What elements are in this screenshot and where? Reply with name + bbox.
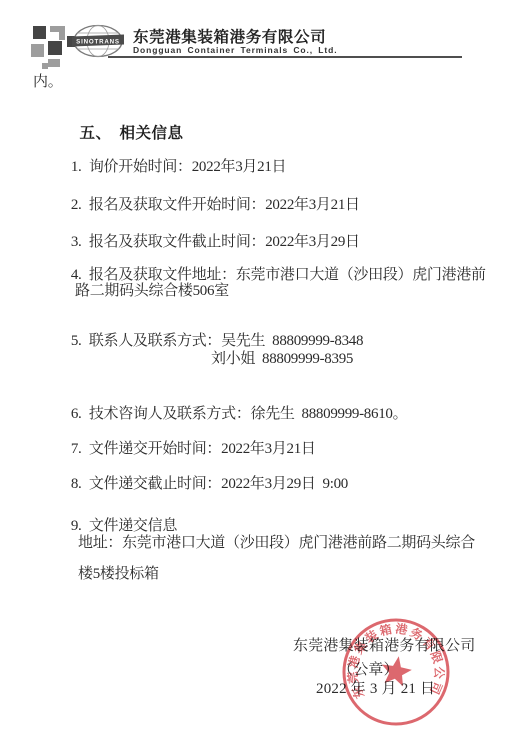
company-name-en: Dongguan Container Terminals Co., Ltd. [133, 45, 338, 55]
carryover-text: 内。 [33, 70, 62, 91]
sinotrans-globe-icon: SINOTRANS [72, 24, 124, 60]
document-page: SINOTRANS 东莞港集装箱港务有限公司 Dongguan Containe… [0, 0, 510, 749]
seal-star-icon [379, 654, 414, 688]
list-item-continued: 路二期码头综合楼506室 [75, 279, 229, 300]
delivery-address-continued: 楼5楼投标箱 [78, 562, 159, 583]
delivery-address: 地址：东莞市港口大道（沙田段）虎门港港前路二期码头综合 [78, 531, 475, 552]
header-divider [108, 56, 462, 58]
sinotrans-brand-text: SINOTRANS [76, 39, 120, 46]
company-name-cn: 东莞港集装箱港务有限公司 [133, 25, 326, 47]
company-seal-stamp: 东莞港集装箱港务有限公司 [326, 602, 466, 742]
list-item-continued: 刘小姐 88809999-8395 [211, 347, 353, 368]
